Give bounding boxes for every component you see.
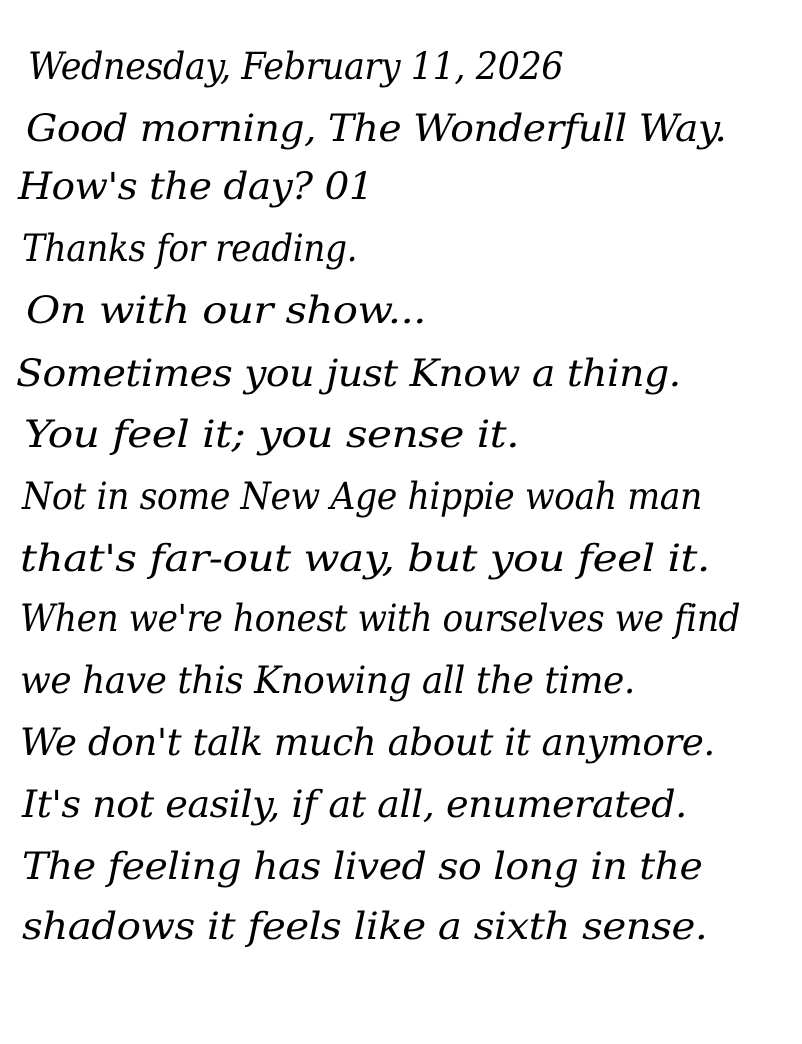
text-line: How's the day? 01: [18, 168, 373, 205]
text-line: we have this Knowing all the time.: [20, 662, 635, 699]
text-line: It's not easily, if at all, enumerated.: [22, 786, 687, 823]
text-line: shadows it feels like a sixth sense.: [22, 908, 707, 945]
handwritten-page: Wednesday, February 11, 2026 Good mornin…: [0, 0, 802, 1044]
text-line: Sometimes you just Know a thing.: [16, 355, 681, 392]
text-line: The feeling has lived so long in the: [22, 848, 702, 885]
text-line: When we're honest with ourselves we find: [20, 600, 740, 637]
date-heading: Wednesday, February 11, 2026: [28, 48, 563, 85]
text-line: You feel it; you sense it.: [24, 416, 519, 453]
text-line: that's far-out way, but you feel it.: [20, 540, 710, 577]
text-line: On with our show...: [26, 292, 426, 329]
text-line: We don't talk much about it anymore.: [20, 724, 715, 761]
greeting-line: Good morning, The Wonderfull Way.: [26, 110, 726, 147]
text-line: Thanks for reading.: [22, 230, 357, 267]
text-line: Not in some New Age hippie woah man: [22, 478, 702, 515]
